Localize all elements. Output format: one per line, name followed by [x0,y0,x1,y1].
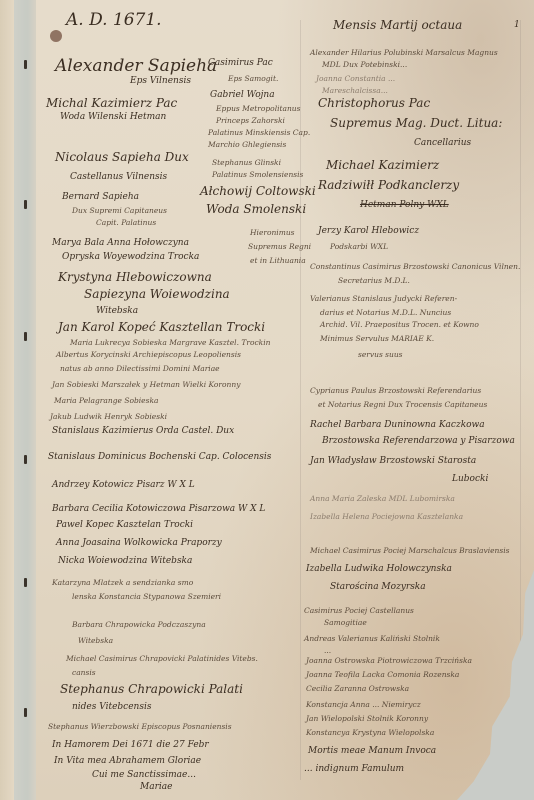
entry-line: Hetman Polny WXL [360,200,449,210]
entry-line: Cecilia Zaranna Ostrowska [306,684,409,693]
entry-line: Mareschalcissa... [322,86,388,95]
entry-line: Barbara Cecilia Kotowiczowa Pisarzowa W … [52,504,265,514]
entry-line: Michael Kazimierz [326,158,439,172]
entry-line: Alexander Sapieha [55,56,217,76]
entry-line: nides Vitebcensis [72,702,151,712]
entry-line: lenska Konstancia Stypanowa Szemieri [72,592,221,601]
entry-line: servus suus [358,350,403,359]
entry-line: Witebska [78,636,113,645]
entry-line: Michael Casimirus Chrapovicki Palatinide… [66,654,258,663]
entry-line: Ałchowij Coltowski [200,184,316,198]
entry-line: Maria Pelagrange Sobieska [54,396,158,405]
entry-line: Maria Lukrecya Sobieska Margrave Kasztel… [70,338,270,347]
entry-line: Izabella Helena Pociejowna Kasztelanka [310,512,463,521]
entry-line: Stanislaus Dominicus Bochenski Cap. Colo… [48,452,271,462]
stitch-hole [24,332,27,341]
entry-line: Jan Karol Kopeć Kasztellan Trocki [58,320,265,334]
entry-line: Michael Casimirus Pociej Marschalcus Bra… [310,546,509,555]
entry-line: Cyprianus Paulus Brzostowski Referendari… [310,386,481,395]
entry-line: Marchio Ghlegiensis [208,140,286,149]
entry-line: Krystyna Hlebowiczowna [58,270,212,284]
entry-line: darius et Notarius M.D.L. Nuncius [320,308,451,317]
entry-line: Witebska [96,306,138,316]
entry-line: natus ab anno Dilectissimi Domini Mariae [60,364,220,373]
entry-line: Supremus Regni [248,242,311,251]
entry-line: Stephanus Wierzbowski Episcopus Posnanie… [48,722,232,731]
stitch-hole [24,578,27,587]
entry-line: Andrzey Kotowicz Pisarz W X L [52,480,195,490]
entry-line: Bernard Sapieha [62,192,139,202]
entry-line: Gabriel Wojna [210,90,275,100]
entry-line: In Hamorem Dei 1671 die 27 Febr [52,740,209,750]
entry-line: Eps Samogit. [228,74,278,83]
entry-line: Joanna Constantia ... [316,74,395,83]
entry-line: Jan Władysław Brzostowski Starosta [310,456,476,466]
entry-line: Cui me Sanctissimae... [92,770,196,780]
ink-blot [50,30,62,42]
entry-line: Palatinus Smolensiensis [212,170,303,179]
entry-line: cansis [72,668,96,677]
year-heading: A. D. 1671. [66,10,162,30]
page-edge [0,0,14,800]
entry-line: et Notarius Regni Dux Trocensis Capitane… [318,400,487,409]
entry-line: Mortis meae Manum Invoca [308,746,436,756]
entry-line: Anna Joasaina Wolkowicka Praporzy [56,538,222,548]
entry-line: Valerianus Stanislaus Judycki Referen- [310,294,457,303]
entry-line: Cancellarius [414,138,471,148]
entry-line: Izabella Ludwika Holowczynska [306,564,452,574]
entry-line: Marya Bala Anna Hołowczyna [52,238,189,248]
entry-line: In Vita mea Abrahamem Gloriae [54,756,201,766]
entry-line: Konstancya Krystyna Wielopolska [306,728,434,737]
entry-line: Palatinus Minskiensis Cap. [208,128,310,137]
entry-line: Mariae [140,782,172,792]
binding-gutter [14,0,36,800]
entry-line: Casimirus Pac [208,58,273,68]
entry-line: MDL Dux Potebinski... [322,60,407,69]
entry-line: Casimirus Pociej Castellanus [304,606,414,615]
entry-line: Pawel Kopec Kasztelan Trocki [56,520,193,530]
entry-line: Woda Smolenski [206,202,306,216]
entry-line: Dux Supremi Capitaneus [72,206,167,215]
page-number: 1 [514,20,520,30]
entry-line: Stanislaus Kazimierus Orda Castel. Dux [52,426,234,436]
entry-line: Michal Kazimierz Pac [46,96,177,110]
entry-line: Jan Sobieski Marszałek y Hetman Wielki K… [52,380,240,389]
entry-line: Joanna Ostrowska Piotrowiczowa Trzcińska [306,656,472,665]
entry-line: Nicka Woiewodzina Witebska [58,556,192,566]
entry-line: Brzostowska Referendarzowa y Pisarzowa [322,436,515,446]
entry-line: Andreas Valerianus Kaliński Stolnik [304,634,440,643]
entry-line: Katarzyna Mlatzek a sendzianka smo [52,578,193,587]
entry-line: et in Lithuania [250,256,306,265]
entry-line: Eps Vilnensis [130,76,191,86]
entry-line: ... indignum Famulum [304,764,404,774]
entry-line: Podskarbi WXL [330,242,388,251]
entry-line: Stephanus Chrapowicki Palati [60,682,243,696]
entry-line: Opryska Woyewodzina Trocka [62,252,199,262]
entry-line: Secretarius M.D.L. [338,276,410,285]
entry-line: Barbara Chrapowicka Podczaszyna [72,620,206,629]
entry-line: Woda Wilenski Hetman [60,112,166,122]
stitch-hole [24,200,27,209]
entry-line: Hieronimus [250,228,295,237]
entry-line: Jakub Ludwik Henryk Sobieski [50,412,167,421]
entry-line: Jerzy Karol Hlebowicz [318,226,419,236]
entry-line: Nicolaus Sapieha Dux [55,150,189,164]
torn-corner [424,570,534,800]
entry-line: Capit. Palatinus [96,218,156,227]
entry-line: Starościna Mozyrska [330,582,426,592]
entry-line: Lubocki [452,474,488,484]
stitch-hole [24,455,27,464]
entry-line: ... [324,646,331,655]
stitch-hole [24,708,27,717]
entry-line: Alexander Hilarius Polubinski Marsalcus … [310,48,498,57]
stitch-hole [24,60,27,69]
entry-line: Christophorus Pac [318,96,430,110]
entry-line: Albertus Korycinski Archiepiscopus Leopo… [56,350,241,359]
entry-line: Minimus Servulus MARIAE K. [320,334,434,343]
entry-line: Joanna Teofila Lacka Comonia Rozenska [306,670,459,679]
entry-line: Sapiezyna Woiewodzina [84,287,230,301]
manuscript-page: A. D. 1671. Mensis Martij octaua 1 Alexa… [0,0,534,800]
entry-line: Radziwiłł Podkanclerzy [318,178,459,192]
entry-line: Konstancja Anna ... Niemirycz [306,700,421,709]
entry-line: Rachel Barbara Duninowna Kaczkowa [310,420,485,430]
entry-line: Jan Wielopolski Stolnik Koronny [306,714,428,723]
entry-line: Constantinus Casimirus Brzostowski Canon… [310,262,520,271]
entry-line: Stephanus Glinski [212,158,281,167]
entry-line: Supremus Mag. Duct. Litua: [330,116,502,130]
entry-line: Anna Maria Zaleska MDL Lubomirska [310,494,455,503]
entry-line: Eppus Metropolitanus [216,104,300,113]
entry-line: Samogitiae [324,618,367,627]
entry-line: Archid. Vil. Praepositus Trocen. et Kown… [320,320,479,329]
month-heading: Mensis Martij octaua [333,18,462,32]
entry-line: Princeps Zahorski [216,116,285,125]
entry-line: Castellanus Vilnensis [70,172,167,182]
